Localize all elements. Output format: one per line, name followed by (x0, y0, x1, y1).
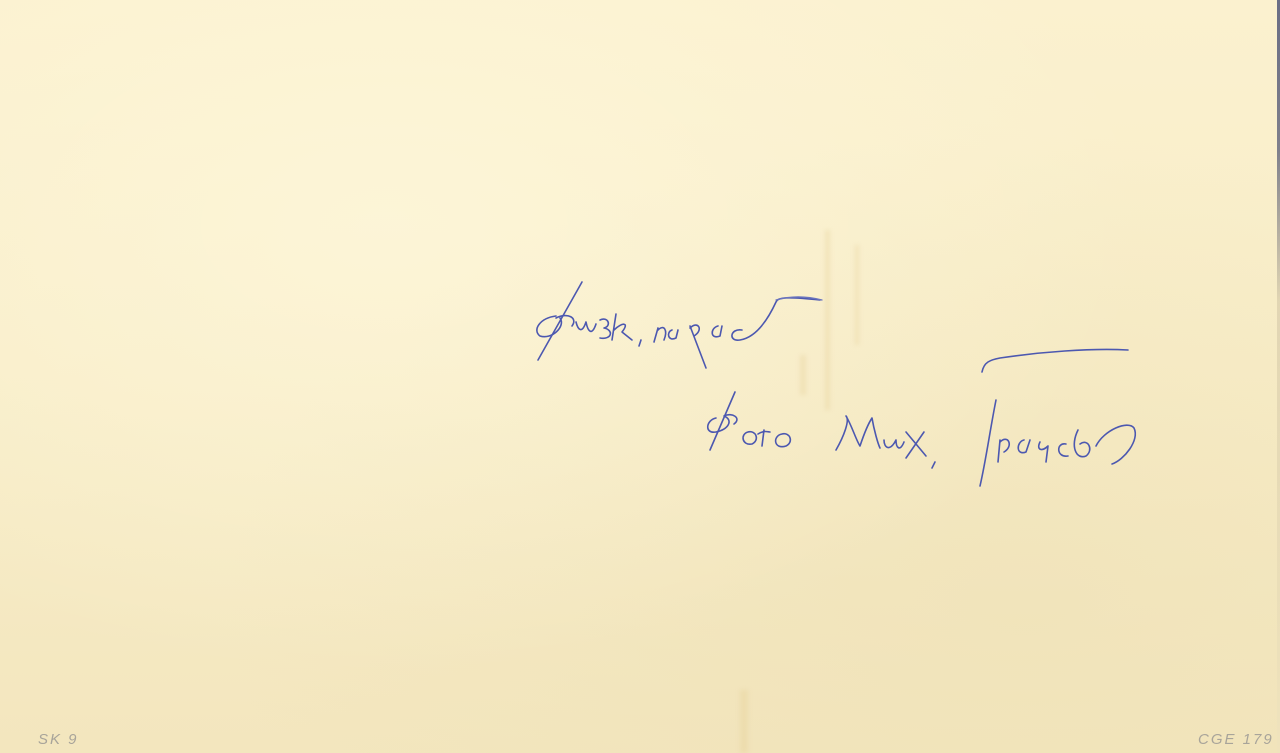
paper-stain (800, 355, 806, 395)
pencil-note-bottom-right: CGE 179 (1198, 731, 1274, 748)
paper-stain (855, 245, 859, 345)
handwritten-caption-line-1: Физк. парад (530, 300, 748, 340)
paper-stain (825, 230, 830, 410)
handwritten-photographer-credit: Фото Мих. Грачева (705, 410, 1109, 456)
photo-back-card: Физк. парад Фото Мих. Грачева SK 9 CGE 1… (0, 0, 1280, 753)
pencil-note-bottom-left: SK 9 (38, 731, 79, 748)
handwriting-ink (0, 0, 1280, 753)
paper-stain (740, 690, 748, 753)
